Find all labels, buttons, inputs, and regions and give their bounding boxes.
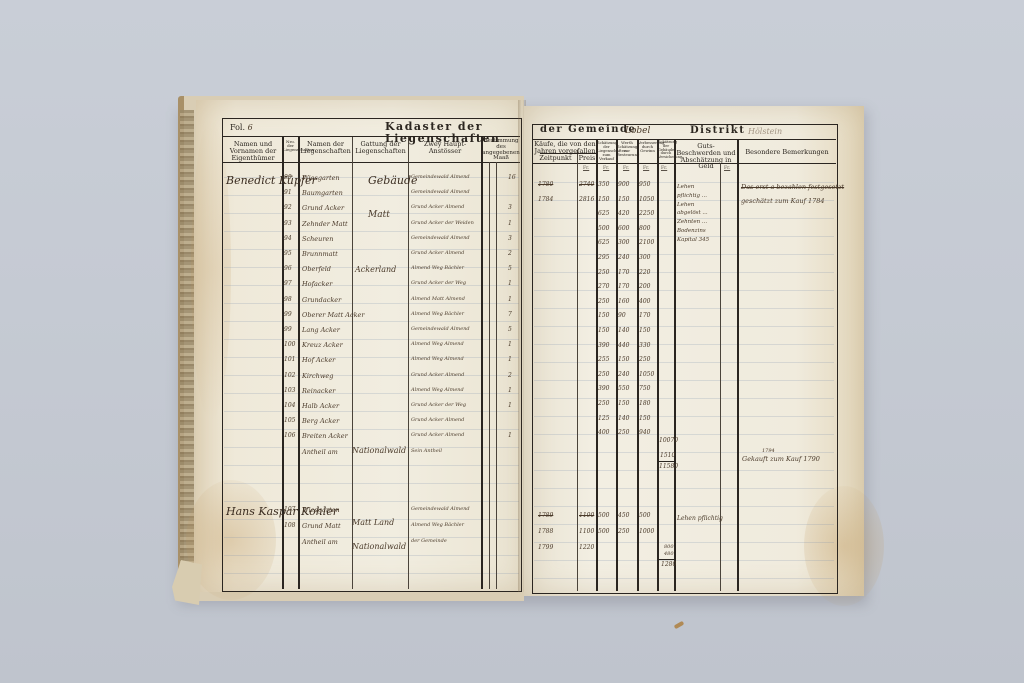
subtotal-value: 1510	[660, 452, 675, 459]
parcel-name: Reinacker	[302, 387, 335, 395]
parcel-type: Nationalwald	[352, 542, 406, 551]
parcel-number: 104	[284, 402, 295, 409]
parcel-name: Grundacker	[302, 296, 341, 304]
value-v3: 150	[639, 327, 650, 334]
value-v3: 950	[639, 181, 650, 188]
value-v3: 1050	[639, 196, 654, 203]
unit-label: Fr.	[623, 166, 629, 171]
charges-note: Lehen pflichtig	[677, 515, 723, 522]
district-label: Distrikt	[690, 126, 745, 137]
subtotal-value: 800	[664, 544, 674, 550]
subtotal-value: 11580	[659, 463, 678, 470]
debris-speck	[674, 621, 685, 629]
parcel-name: Grund Acker	[302, 204, 344, 212]
unit-label: Fr.	[724, 166, 730, 171]
parcel-name: Wiesgarten	[302, 506, 340, 514]
parcel-name: Kreuz Acker	[302, 341, 343, 349]
value-v3: 220	[639, 269, 650, 276]
unit-label: Fr.	[643, 166, 649, 171]
parcel-number: 94	[284, 235, 292, 242]
neighbors: Sein Antheil	[411, 448, 442, 454]
parcel-name: Grund Matt	[302, 522, 341, 530]
parcel-number: 102	[284, 372, 295, 379]
neighbors: Grund Acker der Weg	[411, 280, 466, 286]
neighbors: der Gemeinde	[411, 538, 447, 544]
value-v2: 150	[618, 196, 629, 203]
value-v1: 250	[598, 298, 609, 305]
parcel-name: Hofacker	[302, 280, 332, 288]
value-v2: 170	[618, 269, 629, 276]
measure-value: 2	[508, 372, 512, 379]
header-parcel-type: Gattung der Liegenschaften	[353, 141, 408, 155]
value-v1: 250	[598, 269, 609, 276]
measure-value: 1	[508, 296, 512, 303]
parcel-name: Brunnmatt	[302, 250, 338, 258]
value-v3: 1000	[639, 528, 654, 535]
measure-value: 1	[508, 341, 512, 348]
col-divider	[637, 140, 639, 591]
value-v3: 940	[639, 429, 650, 436]
header-neighbors: Zwey Haupt-Anstösser	[409, 141, 481, 155]
neighbors: Grund Acker der Weiden	[411, 220, 474, 226]
value-v2: 420	[618, 210, 629, 217]
col-divider	[298, 137, 300, 589]
measure-value: 1	[508, 402, 512, 409]
value-v2: 140	[618, 327, 629, 334]
parcel-name: Antheil am	[302, 538, 338, 546]
parcel-number: 91	[284, 189, 292, 196]
value-v3: 200	[639, 283, 650, 290]
value-date: 1799	[538, 544, 553, 551]
total-value: 1280	[661, 561, 676, 568]
measure-value: 1	[508, 280, 512, 287]
measure-value: 3	[508, 235, 512, 242]
value-v2: 300	[618, 239, 629, 246]
total-value: 10070	[659, 437, 678, 444]
value-date: 1788	[538, 528, 553, 535]
remark: geschätzt zum Kauf 1784	[741, 197, 825, 205]
district-name: Hölstein	[748, 127, 782, 136]
value-v3: 400	[639, 298, 650, 305]
header-parcel-names: Namen der Liegenschaften	[299, 141, 352, 155]
value-v1: 400	[598, 429, 609, 436]
header-improvement: Verbesserung durch Gewinn	[638, 141, 657, 153]
value-v1: 125	[598, 415, 609, 422]
value-price: 1100	[579, 528, 594, 535]
parcel-number: 97	[284, 280, 292, 287]
neighbors: Almend Matt Almend	[411, 296, 465, 302]
value-v1: 295	[598, 254, 609, 261]
col-divider	[616, 140, 618, 591]
parcel-type: Ackerland	[355, 265, 396, 274]
value-v3: 170	[639, 312, 650, 319]
value-v2: 550	[618, 385, 629, 392]
header-bottom-rule	[223, 162, 520, 163]
parcel-name: Antheil am	[302, 448, 338, 456]
parcel-name: Scheuren	[302, 235, 333, 243]
value-v3: 180	[639, 400, 650, 407]
parcel-number: 92	[284, 204, 292, 211]
value-date: 1789	[538, 512, 553, 519]
value-v1: 250	[598, 371, 609, 378]
value-v2: 900	[618, 181, 629, 188]
value-v3: 1050	[639, 371, 654, 378]
value-v1: 500	[598, 512, 609, 519]
header-measure: Bestimmung des angegebenen Maaß	[482, 139, 520, 162]
value-v3: 2250	[639, 210, 654, 217]
parcel-name: Baumgarten	[302, 189, 343, 197]
neighbors: Almend Weg Almend	[411, 341, 464, 347]
parcel-number: 99	[284, 326, 292, 333]
value-v2: 250	[618, 429, 629, 436]
value-v2: 250	[618, 528, 629, 535]
value-v2: 440	[618, 342, 629, 349]
value-price: 2816	[579, 196, 594, 203]
value-v2: 150	[618, 356, 629, 363]
value-v1: 250	[598, 400, 609, 407]
parcel-name: Berg Acker	[302, 417, 339, 425]
col-divider	[720, 163, 721, 591]
folio-label: Fol. 6	[230, 124, 253, 132]
gemeinde-header: der Gemeinde	[540, 125, 636, 136]
value-v1: 625	[598, 239, 609, 246]
col-divider	[596, 140, 598, 591]
neighbors: Grund Acker Almend	[411, 372, 464, 378]
header-parcel-no: Nro. der Liegenschaften	[283, 140, 298, 153]
value-v2: 240	[618, 371, 629, 378]
folio-number: 6	[248, 123, 253, 132]
value-v1: 270	[598, 283, 609, 290]
neighbors: Gemeindewald Almend	[411, 326, 470, 332]
measure-value: 3	[508, 204, 512, 211]
parcel-name: Lang Acker	[302, 326, 340, 334]
gemeinde-name: Lobel	[625, 126, 650, 136]
unit-label: Fr.	[583, 166, 589, 171]
remark: Gekauft zum Kauf 1790	[742, 455, 820, 463]
header-date: Zeitpunkt	[534, 155, 577, 162]
value-v1: 150	[598, 312, 609, 319]
value-price: 1220	[579, 544, 594, 551]
unit-label: Fr.	[603, 166, 609, 171]
neighbors: Grund Acker Almend	[411, 432, 464, 438]
value-v2: 240	[618, 254, 629, 261]
value-v1: 350	[598, 181, 609, 188]
parcel-number: 105	[284, 417, 295, 424]
value-price: 2740	[579, 181, 594, 188]
value-v3: 750	[639, 385, 650, 392]
value-v1: 150	[598, 196, 609, 203]
parcel-name: Oberer Matt Acker	[302, 311, 365, 319]
col-divider	[481, 137, 483, 589]
value-v2: 600	[618, 225, 629, 232]
value-v3: 300	[639, 254, 650, 261]
parcel-number: 98	[284, 296, 292, 303]
value-v1: 390	[598, 385, 609, 392]
parcel-number: 103	[284, 387, 295, 394]
value-v3: 330	[639, 342, 650, 349]
charges-note: Lehen pflichtig ... Lehen abgelöst ... Z…	[677, 183, 719, 245]
value-v1: 150	[598, 327, 609, 334]
value-v2: 140	[618, 415, 629, 422]
value-v1: 390	[598, 342, 609, 349]
parcel-name: Breiten Acker	[302, 432, 348, 440]
sum-rule	[659, 559, 674, 560]
value-v3: 150	[639, 415, 650, 422]
neighbors: Almend Weg Bächler	[411, 265, 464, 271]
measure-value: 5	[508, 326, 512, 333]
col-divider	[489, 162, 490, 589]
measure-value: 7	[508, 311, 512, 318]
measure-value: 16	[508, 174, 516, 181]
value-v2: 450	[618, 512, 629, 519]
neighbors: Almend Weg Bächler	[411, 522, 464, 528]
torn-corner	[172, 560, 202, 605]
header-price: Preis	[578, 155, 596, 162]
neighbors: Gemeindewald Almend	[411, 174, 470, 180]
neighbors: Almend Weg Bächler	[411, 311, 464, 317]
sum-rule	[659, 461, 674, 462]
remark: Das erst a bezahlen festgesetzt	[741, 183, 844, 191]
neighbors: Almend Weg Almend	[411, 356, 464, 362]
measure-value: 1	[508, 387, 512, 394]
value-date: 1780	[538, 181, 553, 188]
value-v2: 90	[618, 312, 626, 319]
parcel-number: 106	[284, 432, 295, 439]
measure-value: 1	[508, 220, 512, 227]
measure-value: 1	[508, 432, 512, 439]
parcel-type: Matt	[368, 210, 390, 220]
parcel-number: 99	[284, 311, 292, 318]
measure-value: 1	[508, 356, 512, 363]
value-v2: 150	[618, 400, 629, 407]
parcel-name: Kirchweg	[302, 372, 333, 380]
parcel-type: Nationalwald	[352, 446, 406, 455]
subtotal-value: 480	[664, 551, 674, 557]
value-v3: 800	[639, 225, 650, 232]
measure-value: 2	[508, 250, 512, 257]
parcel-number: 90	[284, 174, 292, 181]
neighbors: Grund Acker Almend	[411, 204, 464, 210]
col-divider	[577, 150, 578, 591]
header-divider	[223, 136, 520, 137]
col-divider	[408, 137, 409, 589]
neighbors: Gemeindewald Almend	[411, 235, 470, 241]
col-divider	[737, 140, 739, 591]
col-divider	[496, 162, 497, 589]
value-v3: 2100	[639, 239, 654, 246]
value-price: 1100	[579, 512, 594, 519]
parcel-number: 101	[284, 356, 295, 363]
folio-text: Fol.	[230, 123, 245, 132]
parcel-number: 108	[284, 522, 295, 529]
parcel-number: 100	[284, 341, 295, 348]
value-v3: 250	[639, 356, 650, 363]
parcel-number: 107	[284, 506, 295, 513]
header-owner-names: Namen und Vornamen der Eigenthümer	[224, 141, 282, 161]
header-building-insurance: Schätzung der Gebäude durch Versicherung	[658, 141, 674, 160]
parcel-type: Matt Land	[352, 518, 394, 527]
value-date: 1784	[538, 196, 553, 203]
value-v3: 500	[639, 512, 650, 519]
neighbors: Grund Acker der Weg	[411, 402, 466, 408]
unit-label: Fr.	[661, 166, 667, 171]
col-divider	[657, 140, 659, 591]
value-v2: 160	[618, 298, 629, 305]
value-v2: 170	[618, 283, 629, 290]
neighbors: Gemeindewald Almend	[411, 506, 470, 512]
parcel-name: Halb Acker	[302, 402, 339, 410]
neighbors: Grund Acker Almend	[411, 250, 464, 256]
parcel-name: Zehnder Matt	[302, 220, 348, 228]
measure-value: 5	[508, 265, 512, 272]
header-remarks: Besondere Bemerkungen	[738, 149, 836, 156]
value-v1: 255	[598, 356, 609, 363]
parcel-number: 96	[284, 265, 292, 272]
col-divider	[674, 140, 676, 591]
parcel-name: Wiesgarten	[302, 174, 340, 182]
header-sale-estimate: Schätzung der Liegenschaften zum Verkauf	[597, 141, 616, 161]
neighbors: Grund Acker Almend	[411, 417, 464, 423]
value-v1: 625	[598, 210, 609, 217]
value-v1: 500	[598, 528, 609, 535]
parcel-number: 93	[284, 220, 292, 227]
parcel-name: Oberfeld	[302, 265, 331, 273]
header-tax-estimate: Werth Schätzung zur Besteurung	[617, 141, 637, 157]
parcel-number: 95	[284, 250, 292, 257]
neighbors: Gemeindewald Almend	[411, 189, 470, 195]
neighbors: Almend Weg Almend	[411, 387, 464, 393]
value-v1: 500	[598, 225, 609, 232]
remark: 1794	[762, 448, 775, 454]
parcel-name: Hof Acker	[302, 356, 335, 364]
